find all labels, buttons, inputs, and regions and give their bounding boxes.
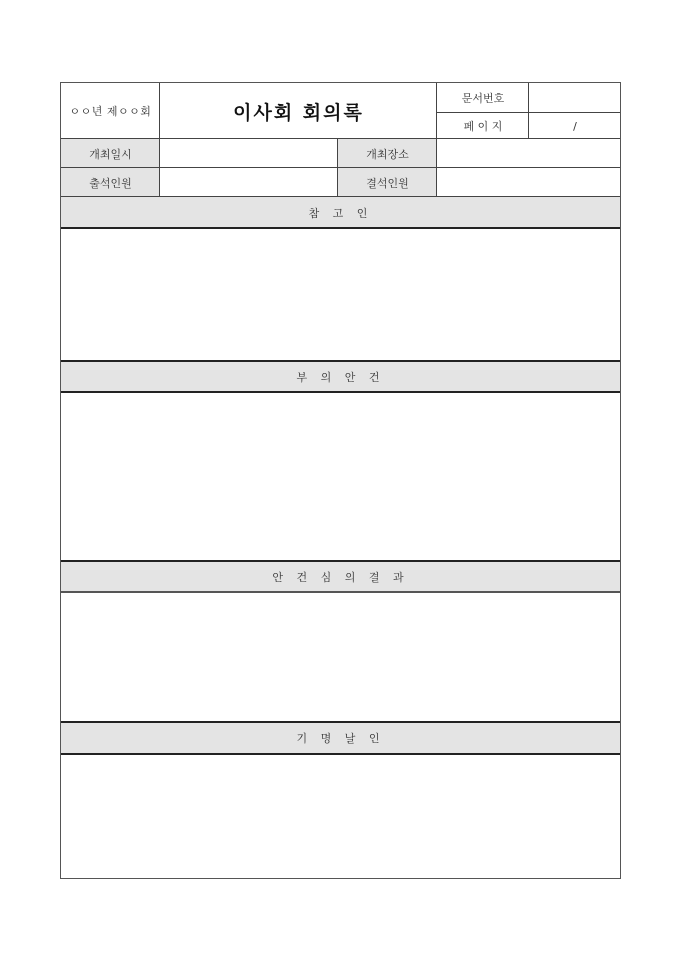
divider (61, 227, 620, 229)
divider (61, 753, 620, 755)
attendees-label: 출석인원 (61, 168, 160, 197)
page-label: 페 이 지 (437, 113, 529, 139)
document-title: 이사회 회의록 (160, 83, 437, 139)
divider (528, 83, 529, 139)
divider (61, 591, 620, 593)
doc-number-label: 문서번호 (437, 83, 529, 113)
section-body-signatures[interactable] (61, 755, 620, 878)
divider (159, 83, 160, 197)
divider (61, 360, 620, 362)
section-header-witnesses: 참 고 인 (61, 197, 620, 228)
section-body-agenda[interactable] (61, 393, 620, 561)
page-field[interactable]: / (529, 113, 621, 139)
attendees-field[interactable] (160, 168, 338, 197)
meeting-place-label: 개최장소 (338, 139, 437, 168)
divider (61, 196, 620, 197)
absentees-field[interactable] (437, 168, 621, 197)
section-body-deliberation-result[interactable] (61, 593, 620, 722)
meeting-minutes-form: ㅇㅇ년 제ㅇㅇ회 이사회 회의록 문서번호 페 이 지 / 개최일시 개최장소 … (60, 82, 621, 879)
meeting-place-field[interactable] (437, 139, 621, 168)
meeting-datetime-label: 개최일시 (61, 139, 160, 168)
doc-number-field[interactable] (529, 83, 621, 113)
divider (337, 139, 338, 197)
divider (61, 721, 620, 723)
divider (61, 391, 620, 393)
section-header-signatures: 기 명 날 인 (61, 722, 620, 754)
divider (436, 112, 620, 113)
section-body-witnesses[interactable] (61, 229, 620, 361)
absentees-label: 결석인원 (338, 168, 437, 197)
divider (61, 167, 620, 168)
divider (61, 138, 620, 139)
section-header-agenda: 부 의 안 건 (61, 361, 620, 392)
meeting-datetime-field[interactable] (160, 139, 338, 168)
divider (61, 560, 620, 562)
section-header-deliberation-result: 안 건 심 의 결 과 (61, 561, 620, 592)
divider (436, 83, 437, 197)
meeting-number: ㅇㅇ년 제ㅇㅇ회 (61, 83, 160, 139)
